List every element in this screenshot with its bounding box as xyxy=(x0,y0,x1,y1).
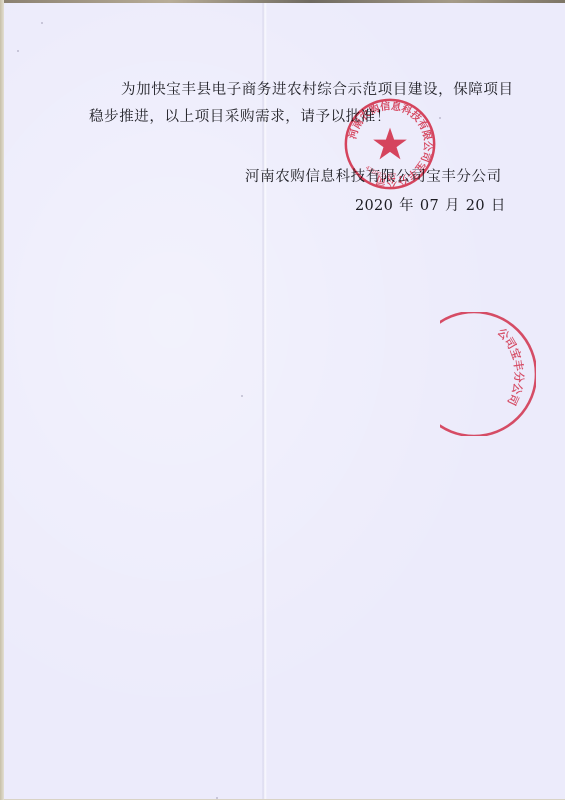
date-day: 20 xyxy=(466,198,485,214)
company-seal-stamp: 河南农购信息科技有限公司宝丰分公司 4210031477 xyxy=(342,96,438,192)
paper-speck xyxy=(41,22,43,24)
paper-speck xyxy=(241,395,243,397)
paper-speck xyxy=(216,797,218,799)
date-day-unit: 日 xyxy=(491,198,506,214)
date-month-unit: 月 xyxy=(445,198,460,214)
date-month: 07 xyxy=(420,198,439,214)
scan-top-edge xyxy=(0,0,565,3)
edge-seal-ring-text: 公司宝丰分公司 xyxy=(495,326,527,408)
date-year-unit: 年 xyxy=(399,198,414,214)
edge-seal-stamp-partial: 公司宝丰分公司 xyxy=(440,312,536,436)
paper-speck xyxy=(17,50,19,52)
paper-speck xyxy=(439,117,441,119)
date-year: 2020 xyxy=(355,198,393,214)
star-icon xyxy=(373,128,407,160)
body-paragraph-line-1: 为加快宝丰县电子商务进农村综合示范项目建设，保障项目 xyxy=(121,78,514,99)
seal-serial-number: 4210031477 xyxy=(364,165,397,180)
scan-left-edge xyxy=(0,0,4,800)
signature-date: 2020年07月20日 xyxy=(355,194,506,215)
